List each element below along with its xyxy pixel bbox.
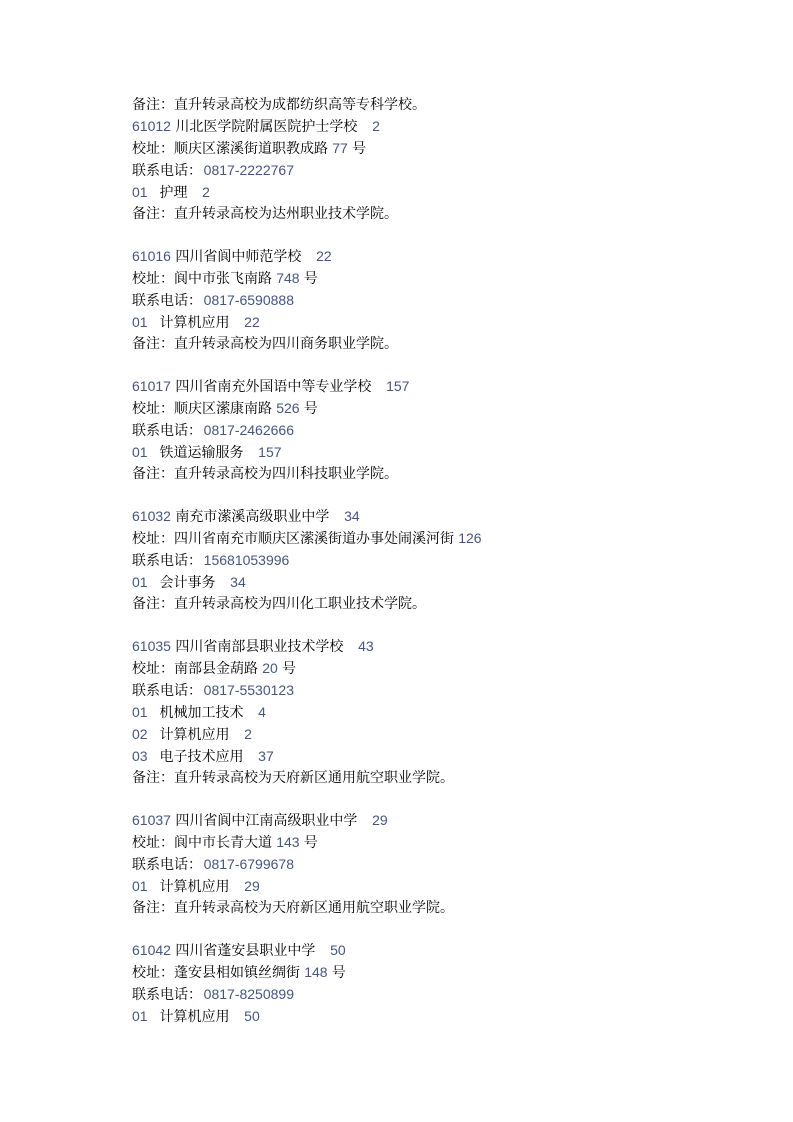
- school-code: 61016: [132, 248, 171, 264]
- major-name: 计算机应用: [159, 879, 229, 895]
- major-code: 03: [132, 748, 148, 764]
- address-label: 校址：: [132, 141, 174, 157]
- major-line: 01铁道运输服务157: [132, 442, 763, 464]
- major-code: 02: [132, 726, 148, 742]
- major-code: 01: [132, 574, 148, 590]
- school-plan-total: 157: [386, 378, 409, 394]
- major-count: 2: [244, 726, 252, 742]
- major-count: 4: [258, 704, 266, 720]
- address-suffix: 号: [282, 661, 296, 677]
- address-number: 126: [458, 530, 481, 546]
- note-label: 备注：: [132, 900, 174, 916]
- school-heading: 61037四川省阆中江南高级职业中学29: [132, 810, 763, 832]
- major-count: 157: [258, 444, 281, 460]
- address-text: 顺庆区潆溪街道职教成路: [174, 141, 328, 157]
- address-number: 748: [276, 270, 299, 286]
- address-label: 校址：: [132, 401, 174, 417]
- major-name: 机械加工技术: [159, 705, 243, 721]
- address-text: 阆中市张飞南路: [174, 271, 272, 287]
- school-note-line: 备注：直升转录高校为四川科技职业学院。: [132, 464, 763, 485]
- school-heading: 61016四川省阆中师范学校22: [132, 246, 763, 268]
- note-text: 直升转录高校为天府新区通用航空职业学院。: [174, 900, 454, 916]
- major-count: 29: [244, 878, 260, 894]
- school-plan-total: 29: [372, 812, 388, 828]
- school-plan-total: 43: [358, 638, 374, 654]
- school-address-line: 校址：四川省南充市顺庆区潆溪街道办事处闹溪河街126: [132, 528, 763, 550]
- address-label: 校址：: [132, 661, 174, 677]
- school-code: 61037: [132, 812, 171, 828]
- school-address-line: 校址：阆中市长青大道143号: [132, 832, 763, 854]
- school-note-line: 备注：直升转录高校为四川商务职业学院。: [132, 334, 763, 355]
- address-number: 20: [262, 660, 278, 676]
- address-label: 校址：: [132, 965, 174, 981]
- major-name: 护理: [159, 185, 187, 201]
- school-phone-line: 联系电话：0817-2222767: [132, 160, 763, 182]
- note-label: 备注：: [132, 97, 174, 113]
- note-text: 直升转录高校为天府新区通用航空职业学院。: [174, 770, 454, 786]
- note-label: 备注：: [132, 596, 174, 612]
- school-phone-line: 联系电话：0817-8250899: [132, 984, 763, 1006]
- major-name: 电子技术应用: [159, 749, 243, 765]
- phone-label: 联系电话：: [132, 987, 202, 1003]
- address-suffix: 号: [304, 401, 318, 417]
- note-text: 直升转录高校为成都纺织高等专科学校。: [174, 97, 426, 113]
- address-number: 77: [332, 140, 348, 156]
- school-name: 四川省南部县职业技术学校: [175, 639, 343, 655]
- major-count: 22: [244, 314, 260, 330]
- address-text: 南部县金葫路: [174, 661, 258, 677]
- note-label: 备注：: [132, 206, 174, 222]
- school-code: 61012: [132, 118, 171, 134]
- major-line: 01计算机应用50: [132, 1006, 763, 1028]
- school-heading: 61012川北医学院附属医院护士学校2: [132, 116, 763, 138]
- phone-number: 0817-5530123: [204, 682, 294, 698]
- address-number: 148: [304, 964, 327, 980]
- major-code: 01: [132, 878, 148, 894]
- school-phone-line: 联系电话：0817-2462666: [132, 420, 763, 442]
- school-phone-line: 联系电话：0817-6590888: [132, 290, 763, 312]
- school-address-line: 校址：蓬安县相如镇丝绸街148号: [132, 962, 763, 984]
- phone-number: 0817-8250899: [204, 986, 294, 1002]
- phone-label: 联系电话：: [132, 857, 202, 873]
- major-line: 01会计事务34: [132, 572, 763, 594]
- major-line: 01机械加工技术4: [132, 702, 763, 724]
- major-line: 03电子技术应用37: [132, 746, 763, 768]
- document-content: 备注：直升转录高校为成都纺织高等专科学校。 61012川北医学院附属医院护士学校…: [0, 0, 793, 1028]
- school-name: 南充市潆溪高级职业中学: [175, 509, 329, 525]
- school-note-line: 备注：直升转录高校为四川化工职业技术学院。: [132, 594, 763, 615]
- school-name: 川北医学院附属医院护士学校: [175, 119, 357, 135]
- phone-number: 0817-6799678: [204, 856, 294, 872]
- note-label: 备注：: [132, 466, 174, 482]
- major-count: 37: [258, 748, 274, 764]
- school-block: 61017四川省南充外国语中等专业学校157 校址：顺庆区潆康南路526号 联系…: [132, 376, 763, 485]
- school-note-line: 备注：直升转录高校为达州职业技术学院。: [132, 204, 763, 225]
- address-text: 蓬安县相如镇丝绸街: [174, 965, 300, 981]
- address-suffix: 号: [304, 835, 318, 851]
- document-page: 备注：直升转录高校为成都纺织高等专科学校。 61012川北医学院附属医院护士学校…: [0, 0, 793, 1122]
- major-name: 铁道运输服务: [159, 445, 243, 461]
- phone-label: 联系电话：: [132, 163, 202, 179]
- phone-number: 0817-2222767: [204, 162, 294, 178]
- school-code: 61032: [132, 508, 171, 524]
- school-address-line: 校址：阆中市张飞南路748号: [132, 268, 763, 290]
- major-line: 01计算机应用22: [132, 312, 763, 334]
- school-block: 61037四川省阆中江南高级职业中学29 校址：阆中市长青大道143号 联系电话…: [132, 810, 763, 919]
- school-name: 四川省阆中江南高级职业中学: [175, 813, 357, 829]
- major-name: 会计事务: [159, 575, 215, 591]
- note-text: 直升转录高校为四川科技职业学院。: [174, 466, 398, 482]
- school-plan-total: 34: [344, 508, 360, 524]
- major-line: 01计算机应用29: [132, 876, 763, 898]
- school-block: 61016四川省阆中师范学校22 校址：阆中市张飞南路748号 联系电话：081…: [132, 246, 763, 355]
- major-code: 01: [132, 1008, 148, 1024]
- school-code: 61042: [132, 942, 171, 958]
- address-label: 校址：: [132, 271, 174, 287]
- phone-label: 联系电话：: [132, 553, 202, 569]
- note-text: 直升转录高校为四川化工职业技术学院。: [174, 596, 426, 612]
- school-name: 四川省蓬安县职业中学: [175, 943, 315, 959]
- intro-note-line: 备注：直升转录高校为成都纺织高等专科学校。: [132, 95, 763, 116]
- school-plan-total: 22: [316, 248, 332, 264]
- school-heading: 61017四川省南充外国语中等专业学校157: [132, 376, 763, 398]
- major-name: 计算机应用: [159, 1009, 229, 1025]
- phone-number: 0817-6590888: [204, 292, 294, 308]
- major-code: 01: [132, 184, 148, 200]
- major-line: 01护理2: [132, 182, 763, 204]
- phone-label: 联系电话：: [132, 293, 202, 309]
- major-code: 01: [132, 704, 148, 720]
- address-label: 校址：: [132, 531, 174, 547]
- school-address-line: 校址：顺庆区潆康南路526号: [132, 398, 763, 420]
- school-name: 四川省南充外国语中等专业学校: [175, 379, 371, 395]
- address-text: 四川省南充市顺庆区潆溪街道办事处闹溪河街: [174, 531, 454, 547]
- school-heading: 61042四川省蓬安县职业中学50: [132, 940, 763, 962]
- school-heading: 61032南充市潆溪高级职业中学34: [132, 506, 763, 528]
- school-name: 四川省阆中师范学校: [175, 249, 301, 265]
- note-text: 直升转录高校为达州职业技术学院。: [174, 206, 398, 222]
- school-code: 61017: [132, 378, 171, 394]
- major-count: 34: [230, 574, 246, 590]
- major-count: 50: [244, 1008, 260, 1024]
- address-suffix: 号: [332, 965, 346, 981]
- address-number: 143: [276, 834, 299, 850]
- phone-label: 联系电话：: [132, 683, 202, 699]
- major-name: 计算机应用: [159, 315, 229, 331]
- phone-label: 联系电话：: [132, 423, 202, 439]
- address-suffix: 号: [352, 141, 366, 157]
- major-count: 2: [202, 184, 210, 200]
- major-line: 02计算机应用2: [132, 724, 763, 746]
- school-phone-line: 联系电话：0817-5530123: [132, 680, 763, 702]
- phone-number: 15681053996: [204, 552, 290, 568]
- school-code: 61035: [132, 638, 171, 654]
- address-suffix: 号: [304, 271, 318, 287]
- school-block: 61012川北医学院附属医院护士学校2 校址：顺庆区潆溪街道职教成路77号 联系…: [132, 116, 763, 225]
- address-text: 顺庆区潆康南路: [174, 401, 272, 417]
- note-label: 备注：: [132, 336, 174, 352]
- address-number: 526: [276, 400, 299, 416]
- school-heading: 61035四川省南部县职业技术学校43: [132, 636, 763, 658]
- school-plan-total: 50: [330, 942, 346, 958]
- school-phone-line: 联系电话：0817-6799678: [132, 854, 763, 876]
- note-label: 备注：: [132, 770, 174, 786]
- school-block: 61032南充市潆溪高级职业中学34 校址：四川省南充市顺庆区潆溪街道办事处闹溪…: [132, 506, 763, 615]
- major-code: 01: [132, 444, 148, 460]
- address-text: 阆中市长青大道: [174, 835, 272, 851]
- major-code: 01: [132, 314, 148, 330]
- school-block: 61042四川省蓬安县职业中学50 校址：蓬安县相如镇丝绸街148号 联系电话：…: [132, 940, 763, 1028]
- school-phone-line: 联系电话：15681053996: [132, 550, 763, 572]
- school-block: 61035四川省南部县职业技术学校43 校址：南部县金葫路20号 联系电话：08…: [132, 636, 763, 789]
- major-name: 计算机应用: [159, 727, 229, 743]
- school-plan-total: 2: [372, 118, 380, 134]
- school-note-line: 备注：直升转录高校为天府新区通用航空职业学院。: [132, 768, 763, 789]
- school-address-line: 校址：顺庆区潆溪街道职教成路77号: [132, 138, 763, 160]
- note-text: 直升转录高校为四川商务职业学院。: [174, 336, 398, 352]
- school-note-line: 备注：直升转录高校为天府新区通用航空职业学院。: [132, 898, 763, 919]
- address-label: 校址：: [132, 835, 174, 851]
- phone-number: 0817-2462666: [204, 422, 294, 438]
- school-address-line: 校址：南部县金葫路20号: [132, 658, 763, 680]
